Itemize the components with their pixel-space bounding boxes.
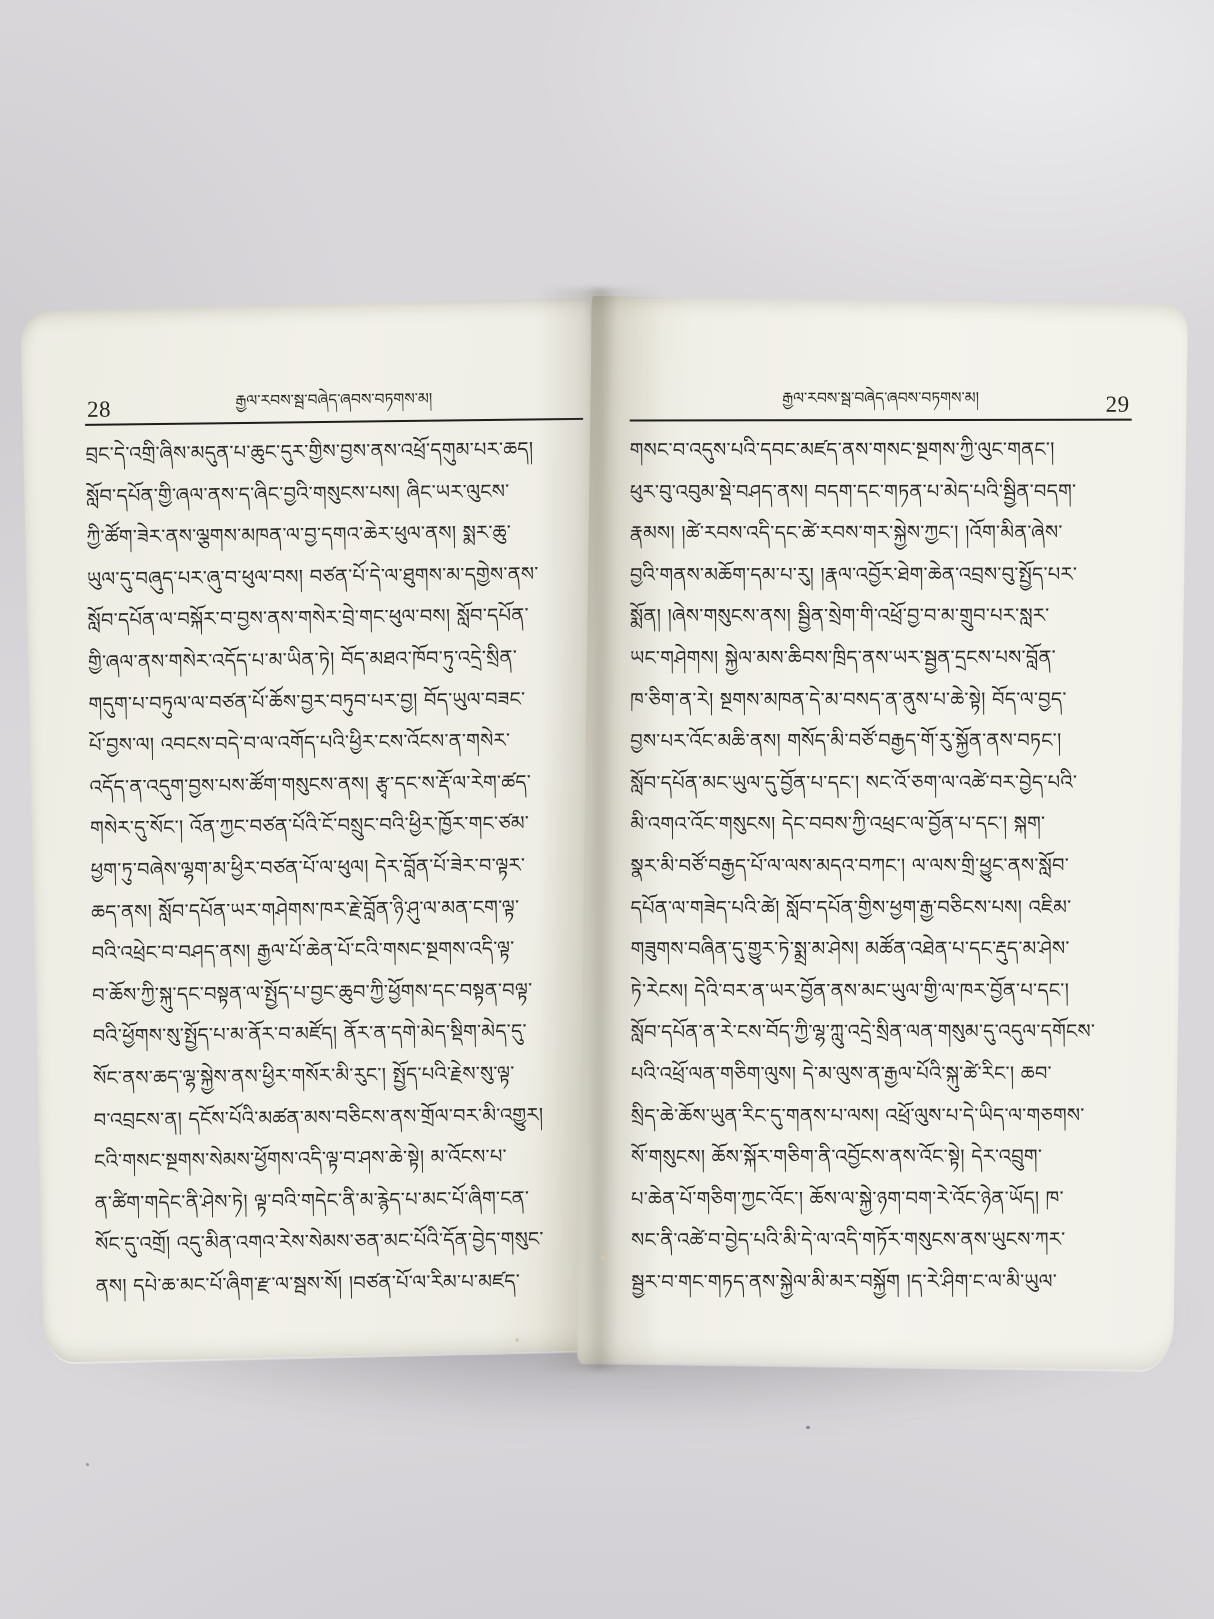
running-title-left: རྒྱལ་རབས་སྦ་བཞེད་ཞབས་བཏགས་མ། [85, 379, 583, 421]
text-line: བ་ཆོས་ཀྱི་སྐུ་དང་བསྟན་ལ་སྤྱོད་པ་བྱང་ཆུབ་… [92, 968, 590, 1016]
dust-speck [806, 1426, 810, 1429]
text-line: བྱའི་གནས་མཆོག་དམ་པ་རུ། །རྣལ་འབྱོར་ཐེག་ཆེ… [630, 553, 1132, 595]
text-line: བ་འབྲངས་ན། དངོས་པོའི་མཚན་མས་བཅིངས་ནས་གྲོ… [93, 1093, 591, 1141]
text-line: གཟུགས་བཞིན་དུ་གྱུར་ཏེ་སྨྲ་མ་ཤེས། མཚོན་འཐ… [631, 928, 1133, 970]
text-line: ཕུར་བུ་འབུམ་སྡེ་བཤད་ནས། བདག་དང་གཏན་པ་མེད… [630, 470, 1132, 512]
text-line: སོ་གསུངས། ཆོས་སྐོར་གཅིག་ནི་འབྱོངས་ནས་འོང… [631, 1136, 1133, 1178]
text-line: ན་ཚིག་གདེང་ནི་ཤེས་ཏེ། ལྟ་བའི་གདེང་ནི་མ་ར… [94, 1176, 592, 1224]
text-line: པའི་འཕྲོ་ལན་གཅིག་ལུས། དེ་མ་ལུས་ན་རྒྱལ་པོ… [631, 1053, 1133, 1095]
text-line: སློབ་དཔོན་ན་རེ་ངས་བོད་ཀྱི་ལྷ་ཀླུ་འདྲེ་སྲ… [631, 1011, 1133, 1053]
text-line: སོང་ནས་ཆད་ལྷ་སྐྱེས་ནས་ཕྱིར་གསོར་མི་རུང་།… [93, 1052, 591, 1100]
text-line: སྦྱར་བ་གང་གཏད་ནས་སྐྱེལ་མི་མར་བསྐྱོག །ད་ར… [631, 1261, 1133, 1303]
text-line: གྱི་ཞལ་ནས་གསེར་འདོད་པ་མ་ཡིན་ཏེ། བོད་མཐའ་… [88, 636, 586, 684]
right-page-header: 29 རྒྱལ་རབས་སྦ་བཞེད་ཞབས་བཏགས་མ། [630, 380, 1132, 422]
left-page-header: 28 རྒྱལ་རབས་སྦ་བཞེད་ཞབས་བཏགས་མ། [85, 379, 583, 426]
paper-foxing-spot [515, 1338, 519, 1342]
text-line: ཀྱི་ཚོག་ཟེར་ནས་ལྕགས་མཁན་ལ་བྱ་དགའ་ཆེར་ཕུལ… [86, 511, 584, 559]
text-line: བྱས་པར་འོང་མཆི་ནས། གསོད་མི་བཙོ་བརྒྱད་གོ་… [630, 720, 1132, 762]
left-page-content: 28 རྒྱལ་རབས་སྦ་བཞེད་ཞབས་བཏགས་མ། བྲང་དེ་འ… [85, 379, 594, 1307]
text-line: ཕྱག་ཏུ་བཞེས་ལྷག་མ་ཕྱིར་བཙན་པོ་ལ་ཕུལ། དེར… [90, 844, 588, 892]
text-line: འདོད་ན་འདུག་བྱས་པས་ཚོག་གསུངས་ནས། རྩྭ་དང་… [89, 761, 587, 809]
paper-foxing-spot [601, 1256, 606, 1260]
dust-speck [86, 1463, 89, 1466]
text-line: གསེར་དུ་སོང་། འོན་ཀྱང་བཙན་པོའི་ངོ་བསྲུང་… [90, 802, 588, 850]
page-number-29: 29 [1106, 392, 1130, 418]
left-page-body-text: བྲང་དེ་འགྲི་ཞིས་མདུན་པ་ཆུང་དུར་གྱིས་བྱས་… [85, 420, 594, 1307]
text-line: ནས། དཔེ་ཆ་མང་པོ་ཞིག་རྫ་ལ་སྦས་སོ། །བཙན་པོ… [95, 1260, 593, 1308]
text-line: སློབ་དཔོན་མང་ཡུལ་དུ་བྱོན་པ་དང་། སང་འོ་ཅག… [630, 761, 1132, 803]
text-line: དཔོན་ལ་གཟེད་པའི་ཚེ། སློབ་དཔོན་གྱིས་ཕྱག་ར… [630, 886, 1132, 928]
text-line: སོང་དུ་འགྲོ། འདུ་མིན་འགའ་རེས་སེམས་ཅན་མང་… [95, 1218, 593, 1266]
text-line: ཆད་ནས། སློབ་དཔོན་ཡར་གཤེགས་ཁར་རྗེ་བློན་ཉི… [91, 885, 589, 933]
text-line: པ་ཆེན་པོ་གཅིག་ཀྱང་འོང་། ཆོས་ལ་སྐྱེ་ཉག་བག… [631, 1177, 1133, 1219]
text-line: གདུག་པ་བཏུལ་ལ་བཙན་པོ་ཆོས་བྱར་བཏུབ་པར་བྱ།… [88, 677, 586, 725]
text-line: མི་འགའ་འོང་གསུངས། དེང་བབས་ཀྱི་འཕྲང་ལ་བྱོ… [630, 803, 1132, 845]
text-line: སྣར་མི་བཙོ་བརྒྱད་པོ་ལ་ལས་མདའ་བཀང་། ལ་ལས་… [630, 845, 1132, 887]
photo-background: 28 རྒྱལ་རབས་སྦ་བཞེད་ཞབས་བཏགས་མ། བྲང་དེ་འ… [0, 0, 1214, 1619]
right-page-content: 29 རྒྱལ་རབས་སྦ་བཞེད་ཞབས་བཏགས་མ། གསང་བ་འད… [630, 380, 1134, 1303]
text-line: བའི་འཕྲེང་བ་བཤད་ནས། རྒྱལ་པོ་ཆེན་པོ་ངའི་ག… [91, 927, 589, 975]
text-line: ཡུལ་དུ་བཞུད་པར་ཞུ་བ་ཕུལ་བས། བཙན་པོ་དེ་ལ་… [87, 553, 585, 601]
text-line: སྨོན། །ཞེས་གསུངས་ནས། སྦྱིན་སྲེག་གི་འཕྲོ་… [630, 595, 1132, 637]
text-line: གསང་བ་འདུས་པའི་དབང་མཛད་ནས་གསང་སྔགས་ཀྱི་ལ… [630, 429, 1132, 471]
text-line: སློབ་དཔོན་ལ་བསྐོར་བ་བྱས་ནས་གསེར་བྲེ་གང་ཕ… [87, 594, 585, 642]
text-line: སང་ནི་འཚེ་བ་བྱེད་པའི་མི་དེ་ལ་འདི་གཏོར་གས… [631, 1219, 1133, 1261]
text-line: ཏེ་རེངས། དེའི་བར་ན་ཡར་བྱོན་ནས་མང་ཡུལ་གྱི… [631, 969, 1133, 1011]
book-page-left: 28 རྒྱལ་རབས་སྦ་བཞེད་ཞབས་བཏགས་མ། བྲང་དེ་འ… [20, 298, 614, 1363]
text-line: བའི་ཕྱོགས་སུ་སྤྱོད་པ་མ་ནོར་བ་མཛོད། ནོར་ན… [92, 1010, 590, 1058]
text-line: པོ་བྱས་ལ། འབངས་བདེ་བ་ལ་འགོད་པའི་ཕྱིར་ངས་… [89, 719, 587, 767]
book-page-right: 29 རྒྱལ་རབས་སྦ་བཞེད་ཞབས་བཏགས་མ། གསང་བ་འད… [577, 296, 1188, 1370]
text-line: བྲང་དེ་འགྲི་ཞིས་མདུན་པ་ཆུང་དུར་གྱིས་བྱས་… [85, 428, 583, 476]
right-page-body-text: གསང་བ་འདུས་པའི་དབང་མཛད་ནས་གསང་སྔགས་ཀྱི་ལ… [630, 421, 1134, 1303]
text-line: ཁ་ཅིག་ན་རེ། སྔགས་མཁན་དེ་མ་བསད་ན་ནུས་པ་ཆེ… [630, 678, 1132, 720]
page-number-28: 28 [87, 397, 111, 423]
text-line: ཡང་གཤེགས། སྐྱེལ་མས་ཆིབས་ཁྲིད་ནས་ཡར་སྦྱན་… [630, 637, 1132, 679]
text-line: ངའི་གསང་སྔགས་སེམས་ཕྱོགས་འདི་ལྟ་བ་ཤས་ཆེ་ས… [94, 1135, 592, 1183]
text-line: སློབ་དཔོན་གྱི་ཞལ་ནས་ད་ཞིང་བྱའི་གསུངས་པས།… [86, 469, 584, 517]
text-line: སྲིད་ཆེ་ཆོས་ཡུན་རིང་དུ་གནས་པ་ལས། འཕྲོ་ལུ… [631, 1094, 1133, 1136]
running-title-right: རྒྱལ་རབས་སྦ་བཞེད་ཞབས་བཏགས་མ། [630, 380, 1132, 417]
text-line: རྣམས། །ཚེ་རབས་འདི་དང་ཚེ་རབས་གར་སྐྱེས་ཀྱང… [630, 512, 1132, 554]
